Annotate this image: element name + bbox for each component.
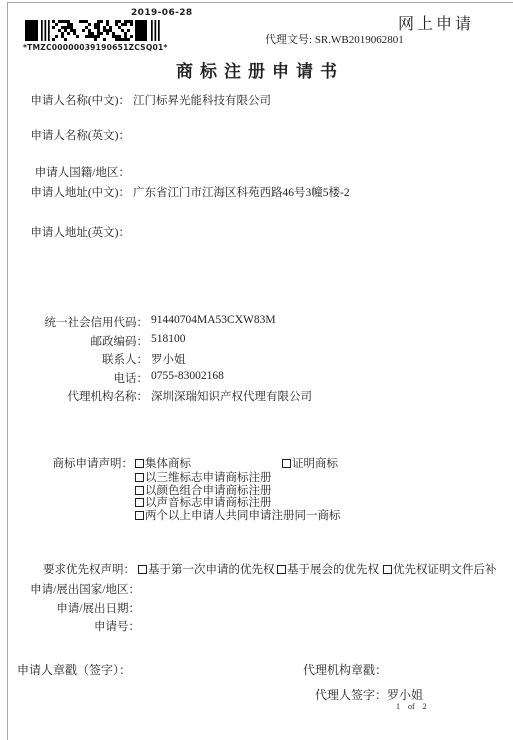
field-label: 申请/展出日期： — [0, 600, 140, 616]
field-value: 江门标昇光能科技有限公司 — [133, 95, 271, 107]
checkbox-priority-exhibition[interactable]: 基于展会的优先权 — [277, 561, 379, 577]
field-applicant-addr-en: 申请人地址(英文)： — [0, 224, 133, 240]
checkbox-icon[interactable] — [135, 498, 144, 507]
agent-doc-number: 代理文号: SR.WB2019062801 — [265, 31, 404, 47]
field-label: 联系人： — [0, 351, 148, 367]
field-label: 邮政编码： — [0, 333, 148, 349]
checkbox-icon[interactable] — [135, 459, 144, 468]
field-label: 申请/展出国家/地区： — [0, 581, 140, 597]
field-label: 申请人名称(英文)： — [0, 127, 130, 143]
field-postcode: 邮政编码：518100 — [0, 333, 186, 349]
declaration-section-label: 商标申请声明： — [0, 455, 133, 471]
online-application-label: 网上申请 — [398, 11, 474, 34]
page-number: 1 of 2 — [396, 702, 427, 711]
field-label: 申请人地址(中文)： — [0, 184, 130, 200]
barcode-date: 2019-06-28 — [131, 8, 191, 18]
field-label: 申请人国籍/地区： — [0, 164, 130, 180]
field-value: 罗小姐 — [151, 354, 186, 366]
field-label: 电话： — [0, 370, 148, 386]
field-contact-person: 联系人：罗小姐 — [0, 351, 186, 367]
field-value: 广东省江门市江海区科苑西路46号3幢5楼-2 — [133, 187, 350, 199]
form-title: 商标注册申请书 — [0, 57, 513, 82]
checkbox-icon[interactable] — [135, 473, 144, 482]
field-priority-number: 申请号： — [0, 618, 143, 634]
checkbox-icon[interactable] — [135, 511, 144, 520]
field-label: 代理机构名称： — [0, 388, 148, 404]
barcode-text: *TMZC00000039190651ZCSQ01* — [23, 43, 165, 52]
field-priority-country: 申请/展出国家/地区： — [0, 581, 143, 597]
field-applicant-addr-cn: 申请人地址(中文)：广东省江门市江海区科苑西路46号3幢5楼-2 — [0, 184, 350, 200]
agent-signature-label: 代理人签字： — [315, 688, 387, 702]
field-applicant-name-en: 申请人名称(英文)： — [0, 127, 133, 143]
field-agency-name: 代理机构名称：深圳深瑞知识产权代理有限公司 — [0, 388, 312, 404]
field-phone: 电话：0755-83002168 — [0, 370, 224, 386]
trademark-application-form: 2019-06-28 *TMZC00000039190651ZCSQ01* 网上… — [0, 0, 513, 740]
field-applicant-name-cn: 申请人名称(中文)：江门标昇光能科技有限公司 — [0, 92, 271, 108]
field-value: 深圳深瑞知识产权代理有限公司 — [151, 391, 312, 403]
field-label: 统一社会信用代码： — [0, 314, 148, 330]
checkbox-icon[interactable] — [277, 565, 286, 574]
barcode-icon — [25, 20, 163, 45]
field-label: 申请人名称(中文)： — [0, 92, 130, 108]
checkbox-priority-docs-later[interactable]: 优先权证明文件后补 — [383, 561, 497, 577]
checkbox-icon[interactable] — [282, 459, 291, 468]
agency-seal-label: 代理机构章戳： — [303, 661, 387, 678]
field-label: 申请号： — [0, 618, 140, 634]
field-credit-code: 统一社会信用代码：91440704MA53CXW83M — [0, 314, 276, 330]
field-priority-date: 申请/展出日期： — [0, 600, 143, 616]
applicant-seal-label: 申请人章戳（签字）： — [17, 661, 131, 678]
field-label: 申请人地址(英文)： — [0, 224, 130, 240]
checkbox-icon[interactable] — [138, 565, 147, 574]
agent-doc-value: SR.WB2019062801 — [315, 34, 404, 46]
agent-signature: 代理人签字：罗小姐 — [315, 686, 423, 703]
checkbox-priority-first-filing[interactable]: 基于第一次申请的优先权 — [138, 561, 275, 577]
checkbox-certification-mark[interactable]: 证明商标 — [282, 455, 338, 471]
field-applicant-nationality: 申请人国籍/地区： — [0, 164, 133, 180]
field-value: 518100 — [151, 333, 186, 345]
field-value: 91440704MA53CXW83M — [151, 314, 276, 326]
field-value: 0755-83002168 — [151, 370, 224, 382]
priority-section-label: 要求优先权声明： — [0, 561, 135, 577]
agent-signature-value: 罗小姐 — [387, 688, 423, 702]
checkbox-joint-application[interactable]: 两个以上申请人共同申请注册同一商标 — [135, 507, 341, 523]
checkbox-icon[interactable] — [383, 565, 392, 574]
agent-doc-label: 代理文号: — [265, 34, 312, 46]
